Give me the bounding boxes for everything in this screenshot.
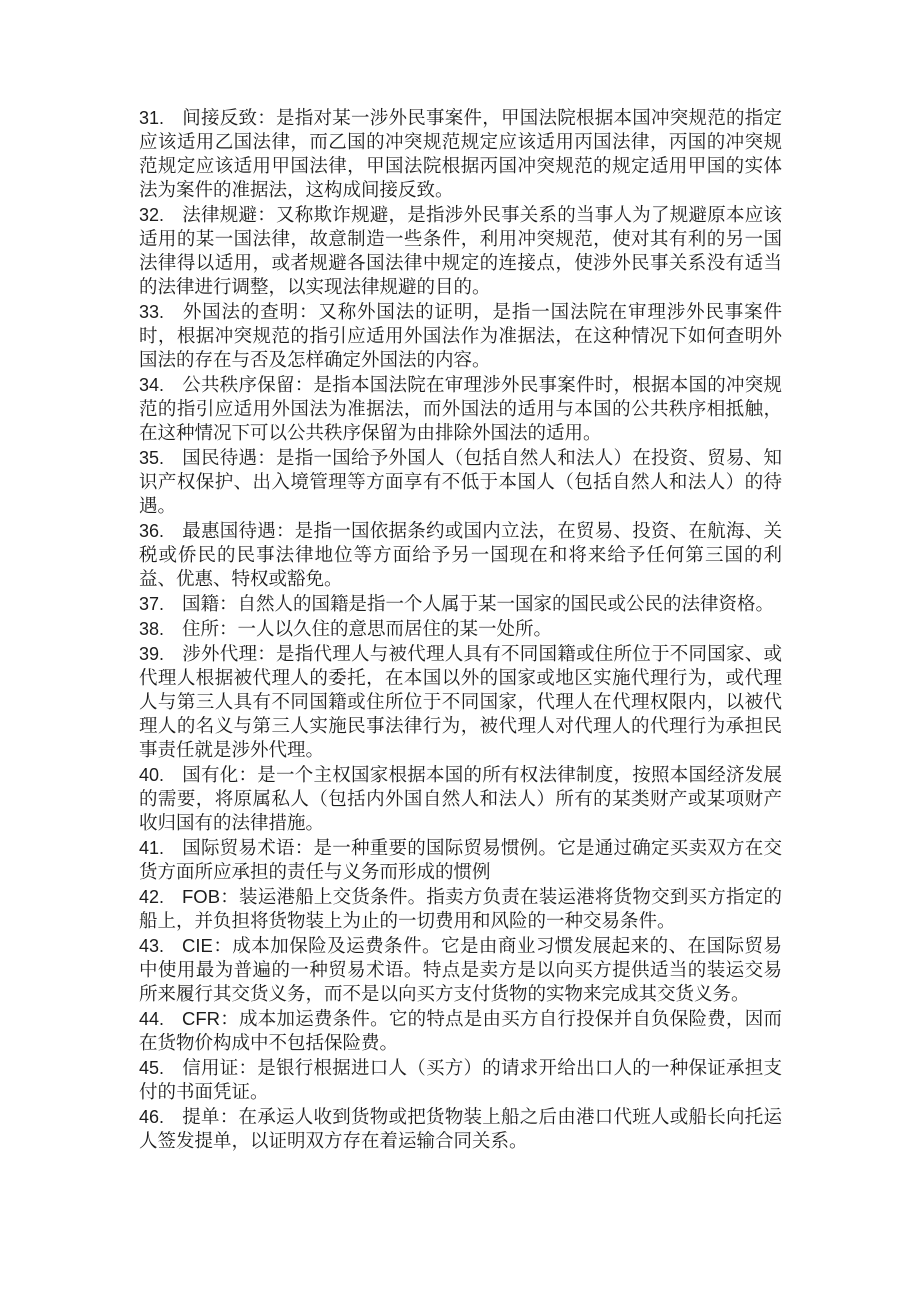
list-item: 33.外国法的查明：又称外国法的证明，是指一国法院在审理涉外民事案件时，根据冲突… (139, 300, 782, 373)
item-number: 39. (139, 642, 182, 666)
item-number: 35. (139, 446, 182, 470)
item-definition: ：自然人的国籍是指一个人属于某一国家的国民或公民的法律资格。 (219, 595, 774, 615)
list-item: 43.CIE：成本加保险及运费条件。它是由商业习惯发展起来的、在国际贸易中使用最… (139, 934, 782, 1007)
item-number: 38. (139, 617, 182, 641)
list-item: 39.涉外代理：是指代理人与被代理人具有不同国籍或住所位于不同国家、或代理人根据… (139, 642, 782, 763)
list-item: 32.法律规避：又称欺诈规避，是指涉外民事关系的当事人为了规避原本应该适用的某一… (139, 203, 782, 300)
item-number: 36. (139, 519, 182, 543)
item-term: 法律规避 (182, 206, 257, 226)
item-definition: ：成本加保险及运费条件。它是由商业习惯发展起来的、在国际贸易中使用最为普遍的一种… (139, 937, 782, 1005)
item-term: 国有化 (182, 766, 239, 786)
item-number: 40. (139, 763, 182, 787)
list-item: 40.国有化：是一个主权国家根据本国的所有权法律制度，按照本国经济发展的需要，将… (139, 763, 782, 836)
list-item: 34.公共秩序保留：是指本国法院在审理涉外民事案件时，根据本国的冲突规范的指引应… (139, 373, 782, 446)
list-item: 46.提单：在承运人收到货物或把货物装上船之后由港口代班人或船长向托运人签发提单… (139, 1105, 782, 1154)
item-definition: ：成本加运费条件。它的特点是由买方自行投保并自负保险费，因而在货物价构成中不包括… (139, 1010, 782, 1054)
item-term: 提单 (182, 1108, 220, 1128)
item-definition: ：一人以久住的意思而居住的某一处所。 (219, 620, 552, 640)
item-number: 31. (139, 106, 182, 130)
item-number: 37. (139, 592, 182, 616)
list-item: 31.间接反致：是指对某一涉外民事案件，甲国法院根据本国冲突规范的指定应该适用乙… (139, 106, 782, 203)
item-number: 34. (139, 373, 182, 397)
item-term: 间接反致 (182, 109, 257, 129)
list-item: 38.住所：一人以久住的意思而居住的某一处所。 (139, 617, 782, 642)
item-definition: ：装运港船上交货条件。指卖方负责在装运港将货物交到买方指定的船上，并负担将货物装… (139, 888, 782, 932)
item-number: 44. (139, 1007, 182, 1031)
list-item: 44.CFR：成本加运费条件。它的特点是由买方自行投保并自负保险费，因而在货物价… (139, 1007, 782, 1056)
item-number: 45. (139, 1056, 182, 1080)
document-page: 31.间接反致：是指对某一涉外民事案件，甲国法院根据本国冲突规范的指定应该适用乙… (139, 106, 782, 1154)
item-term: FOB (182, 886, 220, 907)
list-item: 36.最惠国待遇：是指一国依据条约或国内立法，在贸易、投资、在航海、关税或侨民的… (139, 519, 782, 592)
item-number: 41. (139, 836, 182, 860)
item-number: 33. (139, 300, 182, 324)
list-item: 41.国际贸易术语：是一种重要的国际贸易惯例。它是通过确定买卖双方在交货方面所应… (139, 836, 782, 885)
item-term: CIE (182, 935, 213, 956)
item-term: 国籍 (182, 595, 219, 615)
item-number: 32. (139, 203, 182, 227)
item-term: 信用证 (182, 1059, 239, 1079)
item-term: 国民待遇 (182, 449, 257, 469)
item-term: 外国法的查明 (182, 303, 299, 323)
list-item: 42.FOB：装运港船上交货条件。指卖方负责在装运港将货物交到买方指定的船上，并… (139, 885, 782, 934)
list-item: 37.国籍：自然人的国籍是指一个人属于某一国家的国民或公民的法律资格。 (139, 592, 782, 617)
item-term: 国际贸易术语 (182, 839, 295, 859)
item-term: 涉外代理 (182, 645, 257, 665)
item-number: 46. (139, 1105, 182, 1129)
item-term: 公共秩序保留 (182, 376, 295, 396)
item-definition: ：在承运人收到货物或把货物装上船之后由港口代班人或船长向托运人签发提单，以证明双… (139, 1108, 782, 1152)
item-term: CFR (182, 1008, 220, 1029)
list-item: 35.国民待遇：是指一国给予外国人（包括自然人和法人）在投资、贸易、知识产权保护… (139, 446, 782, 519)
item-term: 住所 (182, 620, 219, 640)
item-number: 42. (139, 885, 182, 909)
item-number: 43. (139, 934, 182, 958)
item-term: 最惠国待遇 (182, 522, 276, 542)
list-item: 45.信用证：是银行根据进口人（买方）的请求开给出口人的一种保证承担支付的书面凭… (139, 1056, 782, 1105)
